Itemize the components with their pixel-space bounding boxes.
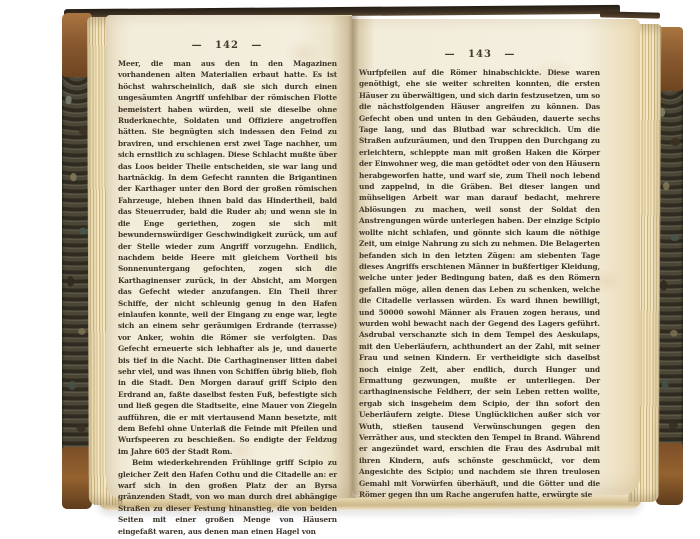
open-book: — 142 — Meer, die man aus den in den Mag… xyxy=(0,0,700,539)
leather-corner-bottom-right xyxy=(656,443,683,505)
page-143-text: Wurfpfeilen auf die Römer hinabschickte.… xyxy=(359,67,600,500)
page-number-142: — 142 — xyxy=(118,40,336,51)
page-number-143: — 143 — xyxy=(360,49,600,60)
page-142: — 142 — Meer, die man aus den in den Mag… xyxy=(106,15,352,499)
page-142-text: Meer, die man aus den in den Magazinen v… xyxy=(118,58,337,537)
paragraph: Wurfpfeilen auf die Römer hinabschickte.… xyxy=(359,67,600,500)
page-143: — 143 — Wurfpfeilen auf die Römer hinabs… xyxy=(352,19,640,495)
book-top-binding-edge-right xyxy=(600,11,660,18)
paragraph: Beim wiederkehrenden Frühlinge griff Sci… xyxy=(118,457,337,537)
photo-background: — 142 — Meer, die man aus den in den Mag… xyxy=(0,0,700,539)
leather-corner-bottom-left xyxy=(62,447,92,509)
paragraph: Meer, die man aus den in den Magazinen v… xyxy=(118,58,337,457)
